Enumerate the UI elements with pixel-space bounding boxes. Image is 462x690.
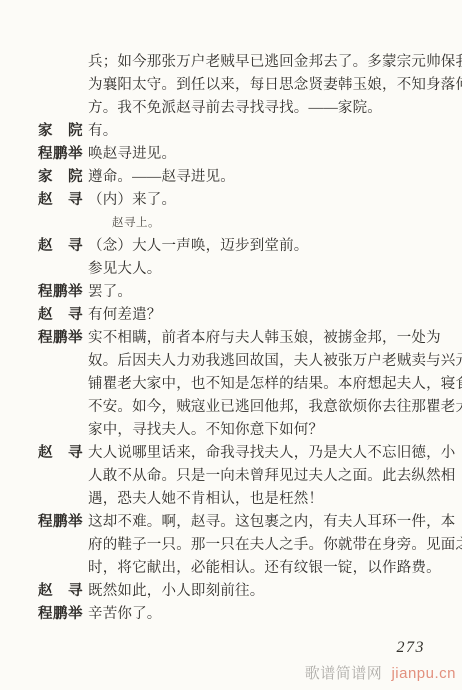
watermark-site-url: jianpu.cn: [391, 665, 456, 682]
watermark-site-name: 歌谱简谱网: [305, 665, 383, 682]
speech-line: 不安。如今，贼寇业已逃回他邦，我意欲烦你去往那瞿老大: [88, 396, 448, 419]
speaker-name: 赵 寻: [38, 189, 86, 212]
speech-line: 大人说哪里话来，命我寻找夫人，乃是大人不忘旧德，小: [88, 442, 448, 465]
speaker-name: 程鹏举: [38, 327, 86, 350]
stage-direction: 赵寻上。: [112, 212, 448, 235]
speech-line: 遵命。——赵寻进见。: [88, 166, 448, 189]
speech-line: 有。: [88, 120, 448, 143]
speech-line: 遇，恐夫人她不肯相认，也是枉然！: [88, 488, 448, 511]
speech-line: 实不相瞒，前者本府与夫人韩玉娘，被掳金邦，一处为: [88, 327, 448, 350]
speaker-name: 程鹏举: [38, 603, 86, 626]
speech-line: 罢了。: [88, 281, 448, 304]
speech-text: 这却不难。啊，赵寻。这包裹之内，有夫人耳环一件，本 府的鞋子一只。那一只在夫人之…: [86, 511, 448, 580]
dialogue-entry: 赵 寻 （念）大人一声唤，迈步到堂前。 参见大人。: [38, 235, 448, 281]
speaker-name: 赵 寻: [38, 304, 86, 327]
speech-line: 兵；如今那张万户老贼早已逃回金邦去了。多蒙宗元帅保我: [88, 51, 448, 74]
speech-line: 奴。后因夫人力劝我逃回故国，夫人被张万户老贼卖与兴元: [88, 350, 448, 373]
dialogue-entry: 家 院 有。: [38, 120, 448, 143]
speech-line: 方。我不免派赵寻前去寻找寻找。——家院。: [88, 97, 448, 120]
speech-text: 罢了。: [86, 281, 448, 304]
speech-text: 大人说哪里话来，命我寻找夫人，乃是大人不忘旧德，小 人敢不从命。只是一向未曾拜见…: [86, 442, 448, 511]
speech-text: 有。: [86, 120, 448, 143]
speaker-name: 赵 寻: [38, 235, 86, 258]
speaker-name: 程鹏举: [38, 511, 86, 534]
speech-text: （念）大人一声唤，迈步到堂前。 参见大人。: [86, 235, 448, 281]
page-number: 273: [397, 639, 426, 657]
dialogue-entry: 程鹏举 这却不难。啊，赵寻。这包裹之内，有夫人耳环一件，本 府的鞋子一只。那一只…: [38, 511, 448, 580]
speech-text: 辛苦你了。: [86, 603, 448, 626]
speaker-name: 程鹏举: [38, 143, 86, 166]
speaker-name: 家 院: [38, 166, 86, 189]
dialogue-entry: 家 院 遵命。——赵寻进见。: [38, 166, 448, 189]
speech-line: 既然如此，小人即刻前往。: [88, 580, 448, 603]
speech-line: 为襄阳太守。到任以来，每日思念贤妻韩玉娘，不知身落何: [88, 74, 448, 97]
speech-text: 唤赵寻进见。: [86, 143, 448, 166]
speech-line: 参见大人。: [88, 258, 448, 281]
speech-text: 实不相瞒，前者本府与夫人韩玉娘，被掳金邦，一处为 奴。后因夫人力劝我逃回故国，夫…: [86, 327, 448, 442]
speaker-name: 赵 寻: [38, 442, 86, 465]
speech-line: 辛苦你了。: [88, 603, 448, 626]
speech-line: 这却不难。啊，赵寻。这包裹之内，有夫人耳环一件，本: [88, 511, 448, 534]
speech-line: 时，将它献出，必能相认。还有纹银一锭，以作路费。: [88, 557, 448, 580]
dialogue-entry: 赵 寻 既然如此，小人即刻前往。: [38, 580, 448, 603]
speaker-name: 程鹏举: [38, 281, 86, 304]
speech-line: （念）大人一声唤，迈步到堂前。: [88, 235, 448, 258]
speech-line: 唤赵寻进见。: [88, 143, 448, 166]
dialogue-entry: 程鹏举 唤赵寻进见。: [38, 143, 448, 166]
speech-line: （内）来了。: [88, 189, 448, 212]
speech-continuation: 兵；如今那张万户老贼早已逃回金邦去了。多蒙宗元帅保我 为襄阳太守。到任以来，每日…: [38, 51, 448, 120]
speech-text: 既然如此，小人即刻前往。: [86, 580, 448, 603]
speech-line: 铺瞿老大家中，也不知是怎样的结果。本府想起夫人，寝食: [88, 373, 448, 396]
dialogue-entry: 赵 寻 有何差遣？: [38, 304, 448, 327]
speech-text: 遵命。——赵寻进见。: [86, 166, 448, 189]
dialogue-entry: 程鹏举 辛苦你了。: [38, 603, 448, 626]
speech-text: 兵；如今那张万户老贼早已逃回金邦去了。多蒙宗元帅保我 为襄阳太守。到任以来，每日…: [86, 51, 448, 120]
dialogue-entry: 程鹏举 罢了。: [38, 281, 448, 304]
dialogue-entry: 赵 寻 （内）来了。: [38, 189, 448, 212]
speech-text: 有何差遣？: [86, 304, 448, 327]
script-text-block: 兵；如今那张万户老贼早已逃回金邦去了。多蒙宗元帅保我 为襄阳太守。到任以来，每日…: [38, 51, 448, 626]
speech-text: （内）来了。: [86, 189, 448, 212]
scanned-script-page: 兵；如今那张万户老贼早已逃回金邦去了。多蒙宗元帅保我 为襄阳太守。到任以来，每日…: [0, 0, 462, 690]
speech-line: 人敢不从命。只是一向未曾拜见过夫人之面。此去纵然相: [88, 465, 448, 488]
speech-line: 家中，寻找夫人。不知你意下如何？: [88, 419, 448, 442]
dialogue-entry: 程鹏举 实不相瞒，前者本府与夫人韩玉娘，被掳金邦，一处为 奴。后因夫人力劝我逃回…: [38, 327, 448, 442]
speech-line: 有何差遣？: [88, 304, 448, 327]
speaker-name: 赵 寻: [38, 580, 86, 603]
speaker-name: 家 院: [38, 120, 86, 143]
dialogue-entry: 赵 寻 大人说哪里话来，命我寻找夫人，乃是大人不忘旧德，小 人敢不从命。只是一向…: [38, 442, 448, 511]
speech-line: 府的鞋子一只。那一只在夫人之手。你就带在身旁。见面之: [88, 534, 448, 557]
watermark: 歌谱简谱网 jianpu.cn: [305, 662, 456, 683]
